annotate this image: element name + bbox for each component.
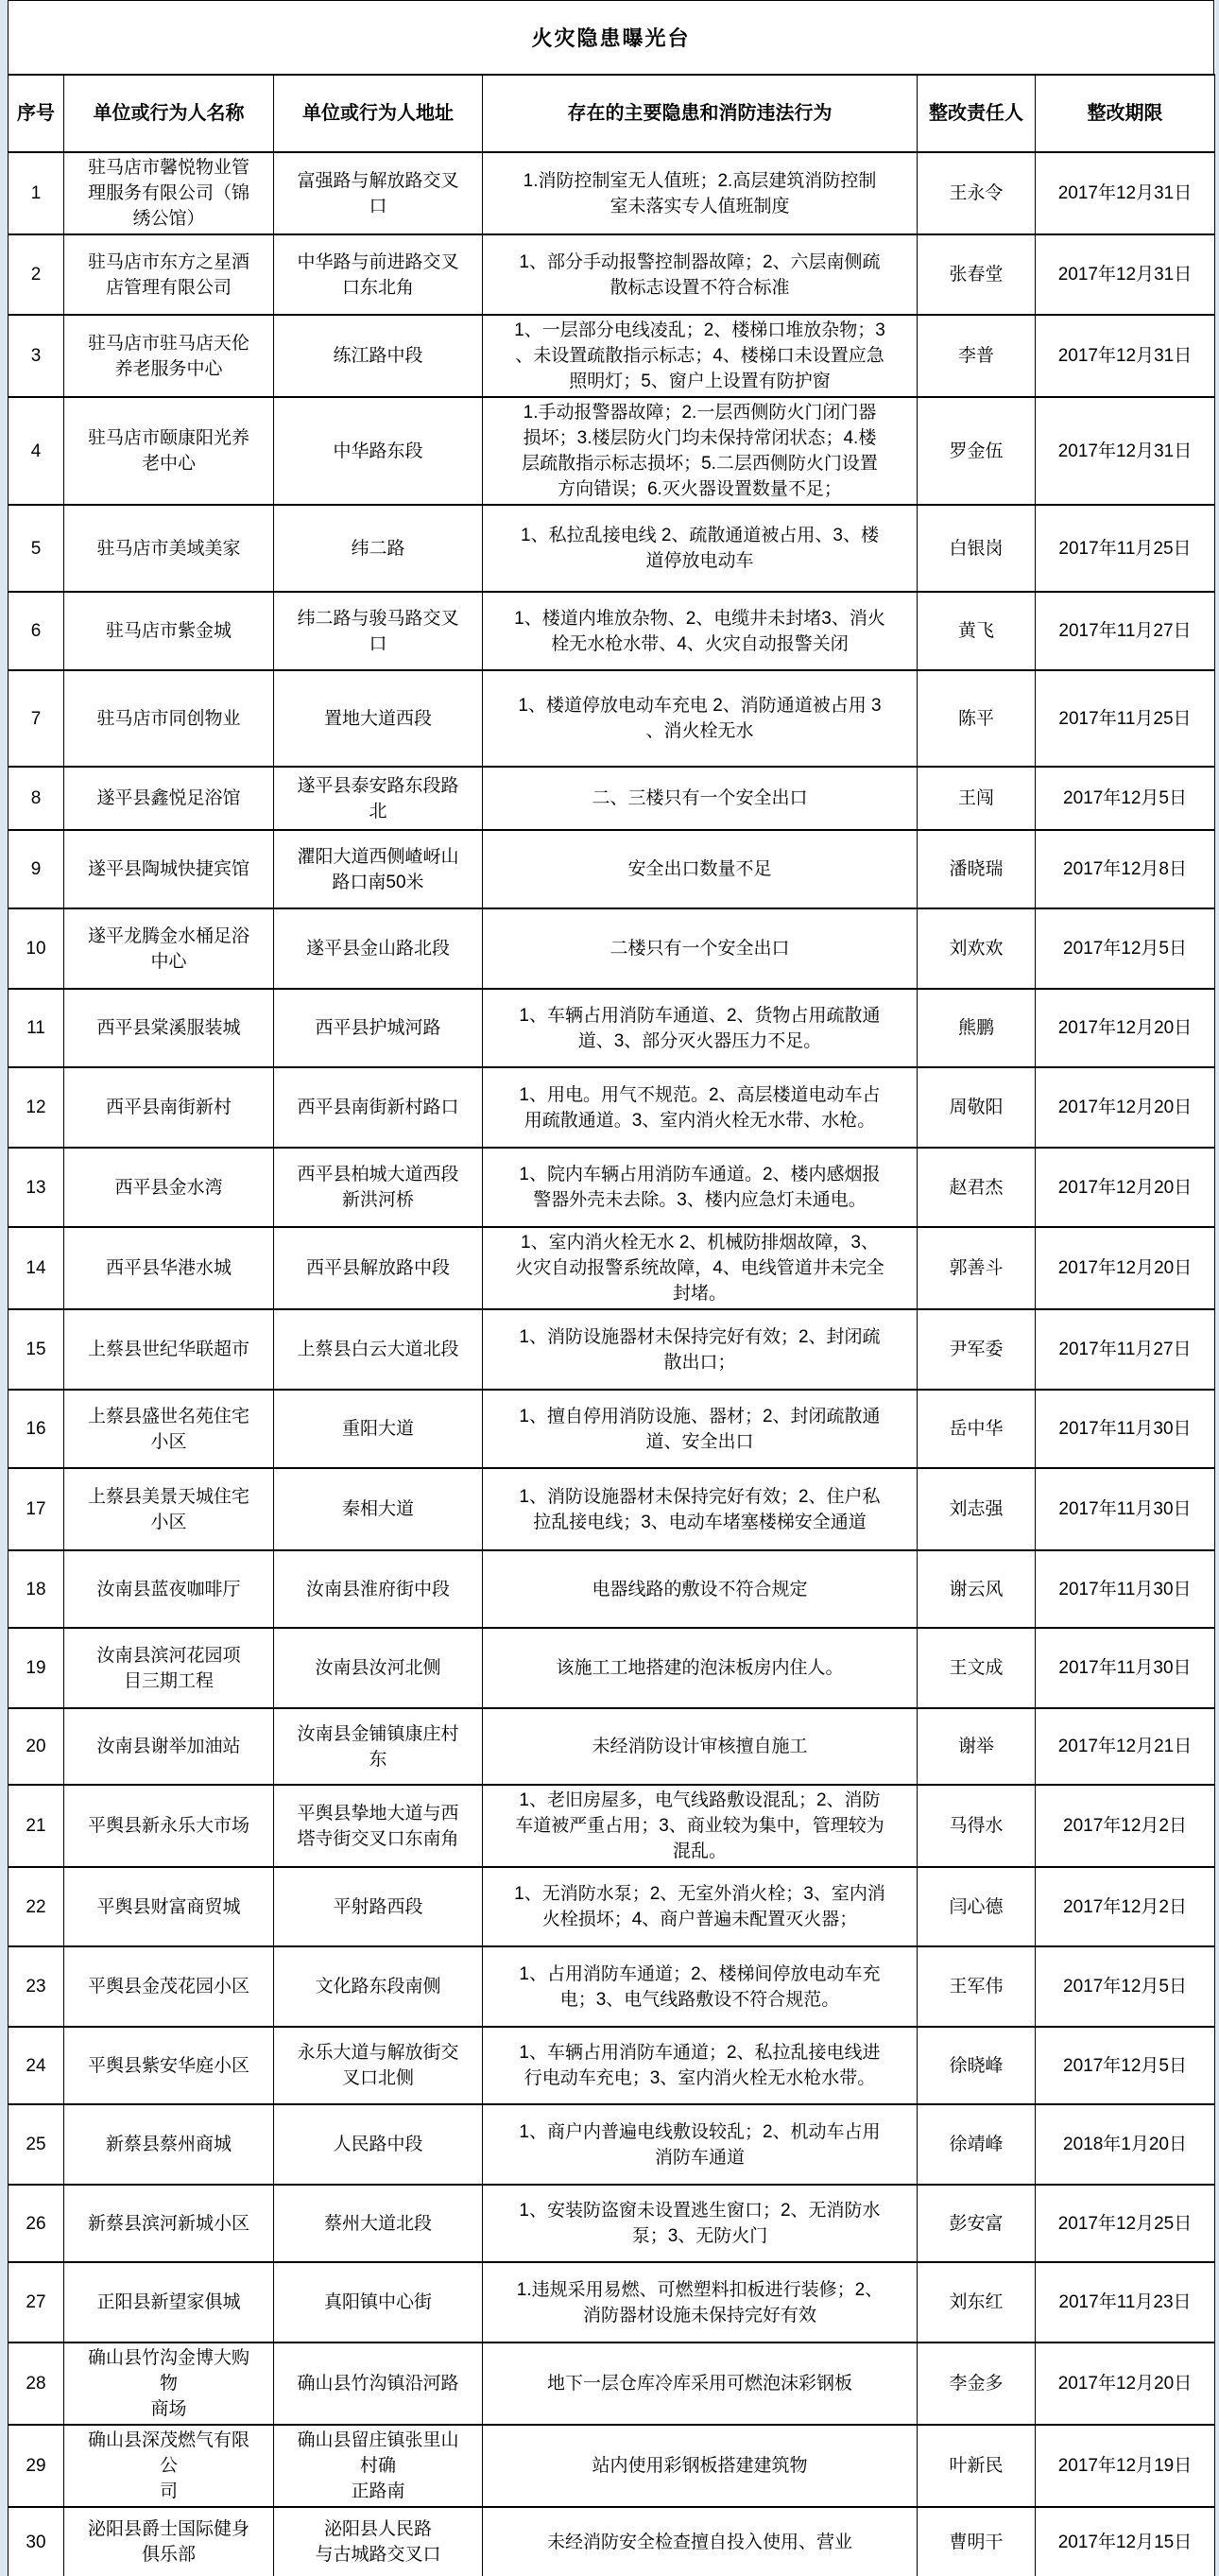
cell-hazards: 电器线路的敷设不符合规定 (483, 1550, 918, 1628)
table-row: 9 遂平县陶城快捷宾馆 灈阳大道西侧嵖岈山 路口南50米 安全出口数量不足 潘晓… (9, 830, 1215, 908)
cell-serial: 24 (9, 2027, 64, 2104)
cell-address: 重阳大道 (274, 1390, 483, 1468)
cell-address: 西平县解放路中段 (274, 1227, 483, 1309)
cell-hazards: 1、商户内普遍电线敷设较乱；2、机动车占用 消防车通道 (483, 2104, 918, 2185)
cell-person: 白银岗 (918, 505, 1036, 592)
column-header-serial: 序号 (9, 75, 64, 152)
cell-name: 汝南县滨河花园项 目三期工程 (64, 1628, 274, 1708)
cell-serial: 4 (9, 397, 64, 505)
table-row: 20 汝南县谢举加油站 汝南县金铺镇康庄村 东 未经消防设计审核擅自施工 谢举 … (9, 1708, 1215, 1785)
table-row: 1 驻马店市馨悦物业管 理服务有限公司（锦 绣公馆） 富强路与解放路交叉 口 1… (9, 152, 1215, 234)
cell-serial: 2 (9, 234, 64, 315)
cell-hazards: 1、消防设施器材未保持完好有效；2、封闭疏 散出口； (483, 1309, 918, 1390)
cell-deadline: 2017年11月25日 (1036, 670, 1215, 767)
cell-name: 上蔡县盛世名苑住宅 小区 (64, 1390, 274, 1468)
table-row: 22 平舆县财富商贸城 平射路西段 1、无消防水泵；2、无室外消火栓；3、室内消… (9, 1867, 1215, 1946)
cell-hazards: 1、车辆占用消防车通道、2、货物占用疏散通 道、3、部分灭火器压力不足。 (483, 989, 918, 1067)
cell-person: 李金多 (918, 2343, 1036, 2425)
cell-name: 确山县深茂燃气有限 公 司 (64, 2425, 274, 2507)
cell-serial: 14 (9, 1227, 64, 1309)
cell-deadline: 2017年11月30日 (1036, 1390, 1215, 1468)
cell-serial: 10 (9, 908, 64, 989)
cell-serial: 28 (9, 2343, 64, 2425)
cell-address: 西平县柏城大道西段 新洪河桥 (274, 1148, 483, 1227)
cell-serial: 21 (9, 1785, 64, 1867)
cell-serial: 12 (9, 1067, 64, 1148)
cell-deadline: 2017年12月5日 (1036, 767, 1215, 830)
cell-hazards: 1、私拉乱接电线 2、疏散通道被占用、3、楼 道停放电动车 (483, 505, 918, 592)
cell-hazards: 二楼只有一个安全出口 (483, 908, 918, 989)
cell-address: 蔡州大道北段 (274, 2185, 483, 2262)
table-row: 7 驻马店市同创物业 置地大道西段 1、楼道停放电动车充电 2、消防通道被占用 … (9, 670, 1215, 767)
cell-serial: 9 (9, 830, 64, 908)
cell-address: 真阳镇中心街 (274, 2262, 483, 2343)
cell-address: 西平县南街新村路口 (274, 1067, 483, 1148)
cell-serial: 5 (9, 505, 64, 592)
cell-person: 刘欢欢 (918, 908, 1036, 989)
cell-deadline: 2017年12月5日 (1036, 2027, 1215, 2104)
cell-person: 王闯 (918, 767, 1036, 830)
cell-address: 汝南县汝河北侧 (274, 1628, 483, 1708)
table-row: 12 西平县南街新村 西平县南街新村路口 1、用电。用气不规范。2、高层楼道电动… (9, 1067, 1215, 1148)
cell-hazards: 1、一层部分电线凌乱；2、楼梯口堆放杂物；3 、未设置疏散指示标志；4、楼梯口未… (483, 315, 918, 397)
cell-address: 泌阳县人民路 与古城路交叉口 (274, 2507, 483, 2576)
cell-address: 文化路东段南侧 (274, 1946, 483, 2027)
cell-deadline: 2017年11月27日 (1036, 592, 1215, 670)
cell-name: 遂平县陶城快捷宾馆 (64, 830, 274, 908)
cell-deadline: 2017年12月20日 (1036, 1067, 1215, 1148)
table-row: 23 平舆县金茂花园小区 文化路东段南侧 1、占用消防车通道；2、楼梯间停放电动… (9, 1946, 1215, 2027)
cell-hazards: 二、三楼只有一个安全出口 (483, 767, 918, 830)
cell-serial: 29 (9, 2425, 64, 2507)
cell-person: 王永令 (918, 152, 1036, 234)
cell-address: 人民路中段 (274, 2104, 483, 2185)
cell-name: 确山县竹沟金博大购 物 商场 (64, 2343, 274, 2425)
cell-hazards: 1.违规采用易燃、可燃塑料扣板进行装修；2、 消防器材设施未保持完好有效 (483, 2262, 918, 2343)
cell-person: 刘东红 (918, 2262, 1036, 2343)
cell-name: 平舆县新永乐大市场 (64, 1785, 274, 1867)
column-header-name: 单位或行为人名称 (64, 75, 274, 152)
column-header-person: 整改责任人 (918, 75, 1036, 152)
table-row: 3 驻马店市驻马店天伦 养老服务中心 练江路中段 1、一层部分电线凌乱；2、楼梯… (9, 315, 1215, 397)
cell-serial: 15 (9, 1309, 64, 1390)
table-body: 1 驻马店市馨悦物业管 理服务有限公司（锦 绣公馆） 富强路与解放路交叉 口 1… (9, 152, 1215, 2576)
cell-deadline: 2017年11月27日 (1036, 1309, 1215, 1390)
cell-address: 确山县竹沟镇沿河路 (274, 2343, 483, 2425)
cell-person: 黄飞 (918, 592, 1036, 670)
cell-hazards: 1.手动报警器故障；2.一层西侧防火门闭门器 损坏；3.楼层防火门均未保持常闭状… (483, 397, 918, 505)
table-row: 15 上蔡县世纪华联超市 上蔡县白云大道北段 1、消防设施器材未保持完好有效；2… (9, 1309, 1215, 1390)
cell-name: 正阳县新望家俱城 (64, 2262, 274, 2343)
cell-name: 平舆县紫安华庭小区 (64, 2027, 274, 2104)
cell-person: 熊鹏 (918, 989, 1036, 1067)
cell-hazards: 1、老旧房屋多，电气线路敷设混乱；2、消防 车道被严重占用；3、商业较为集中，管… (483, 1785, 918, 1867)
cell-name: 西平县金水湾 (64, 1148, 274, 1227)
cell-hazards: 1、车辆占用消防车通道；2、私拉乱接电线进 行电动车充电；3、室内消火栓无水枪水… (483, 2027, 918, 2104)
spreadsheet-area: 火灾隐患曝光台 序号 单位或行为人名称 单位或行为人地址 存在的主要隐患和消防违… (8, 0, 1215, 2576)
cell-person: 周敬阳 (918, 1067, 1036, 1148)
cell-address: 确山县留庄镇张里山 村确 正路南 (274, 2425, 483, 2507)
table-row: 10 遂平龙腾金水桶足浴 中心 遂平县金山路北段 二楼只有一个安全出口 刘欢欢 … (9, 908, 1215, 989)
cell-hazards: 1、占用消防车通道；2、楼梯间停放电动车充 电；3、电气线路敷设不符合规范。 (483, 1946, 918, 2027)
table-row: 16 上蔡县盛世名苑住宅 小区 重阳大道 1、擅自停用消防设施、器材；2、封闭疏… (9, 1390, 1215, 1468)
cell-hazards: 1、消防设施器材未保持完好有效；2、住户私 拉乱接电线；3、电动车堵塞楼梯安全通… (483, 1468, 918, 1550)
cell-person: 潘晓瑞 (918, 830, 1036, 908)
table-row: 21 平舆县新永乐大市场 平舆县挚地大道与西 塔寺街交叉口东南角 1、老旧房屋多… (9, 1785, 1215, 1867)
cell-deadline: 2017年11月30日 (1036, 1628, 1215, 1708)
fire-hazard-table: 序号 单位或行为人名称 单位或行为人地址 存在的主要隐患和消防违法行为 整改责任… (8, 74, 1215, 2576)
cell-name: 平舆县财富商贸城 (64, 1867, 274, 1946)
cell-serial: 1 (9, 152, 64, 234)
cell-person: 李普 (918, 315, 1036, 397)
cell-name: 西平县华港水城 (64, 1227, 274, 1309)
cell-name: 汝南县蓝夜咖啡厅 (64, 1550, 274, 1628)
cell-deadline: 2017年11月23日 (1036, 2262, 1215, 2343)
table-row: 28 确山县竹沟金博大购 物 商场 确山县竹沟镇沿河路 地下一层仓库冷库采用可燃… (9, 2343, 1215, 2425)
table-row: 19 汝南县滨河花园项 目三期工程 汝南县汝河北侧 该施工工地搭建的泡沫板房内住… (9, 1628, 1215, 1708)
cell-name: 西平县棠溪服装城 (64, 989, 274, 1067)
page: { "title": "火灾隐患曝光台", "columns": ["序号", … (0, 0, 1219, 2552)
table-row: 13 西平县金水湾 西平县柏城大道西段 新洪河桥 1、院内车辆占用消防车通道。2… (9, 1148, 1215, 1227)
page-title: 火灾隐患曝光台 (8, 0, 1214, 74)
cell-name: 遂平龙腾金水桶足浴 中心 (64, 908, 274, 989)
cell-address: 遂平县金山路北段 (274, 908, 483, 989)
cell-person: 徐靖峰 (918, 2104, 1036, 2185)
cell-deadline: 2017年12月21日 (1036, 1708, 1215, 1785)
cell-serial: 6 (9, 592, 64, 670)
cell-serial: 30 (9, 2507, 64, 2576)
cell-deadline: 2017年12月31日 (1036, 397, 1215, 505)
cell-hazards: 该施工工地搭建的泡沫板房内住人。 (483, 1628, 918, 1708)
cell-serial: 23 (9, 1946, 64, 2027)
cell-person: 陈平 (918, 670, 1036, 767)
cell-hazards: 1、院内车辆占用消防车通道。2、楼内感烟报 警器外壳未去除。3、楼内应急灯未通电… (483, 1148, 918, 1227)
cell-hazards: 1、安装防盗窗未设置逃生窗口；2、无消防水 泵；3、无防火门 (483, 2185, 918, 2262)
cell-name: 新蔡县滨河新城小区 (64, 2185, 274, 2262)
cell-deadline: 2017年12月20日 (1036, 989, 1215, 1067)
cell-person: 张春堂 (918, 234, 1036, 315)
table-row: 6 驻马店市紫金城 纬二路与骏马路交叉 口 1、楼道内堆放杂物、2、电缆井未封堵… (9, 592, 1215, 670)
cell-serial: 18 (9, 1550, 64, 1628)
cell-address: 西平县护城河路 (274, 989, 483, 1067)
cell-deadline: 2017年11月30日 (1036, 1550, 1215, 1628)
table-row: 25 新蔡县蔡州商城 人民路中段 1、商户内普遍电线敷设较乱；2、机动车占用 消… (9, 2104, 1215, 2185)
table-row: 5 驻马店市美域美家 纬二路 1、私拉乱接电线 2、疏散通道被占用、3、楼 道停… (9, 505, 1215, 592)
cell-person: 尹军委 (918, 1309, 1036, 1390)
table-row: 4 驻马店市颐康阳光养 老中心 中华路东段 1.手动报警器故障；2.一层西侧防火… (9, 397, 1215, 505)
column-header-deadline: 整改期限 (1036, 75, 1215, 152)
cell-address: 遂平县泰安路东段路 北 (274, 767, 483, 830)
cell-address: 平舆县挚地大道与西 塔寺街交叉口东南角 (274, 1785, 483, 1867)
cell-address: 练江路中段 (274, 315, 483, 397)
cell-deadline: 2017年12月25日 (1036, 2185, 1215, 2262)
cell-hazards: 站内使用彩钢板搭建建筑物 (483, 2425, 918, 2507)
cell-hazards: 1.消防控制室无人值班；2.高层建筑消防控制 室未落实专人值班制度 (483, 152, 918, 234)
cell-hazards: 1、用电。用气不规范。2、高层楼道电动车占 用疏散通道。3、室内消火栓无水带、水… (483, 1067, 918, 1148)
cell-address: 纬二路与骏马路交叉 口 (274, 592, 483, 670)
cell-deadline: 2017年12月19日 (1036, 2425, 1215, 2507)
cell-deadline: 2017年12月31日 (1036, 234, 1215, 315)
cell-serial: 11 (9, 989, 64, 1067)
cell-name: 新蔡县蔡州商城 (64, 2104, 274, 2185)
cell-person: 马得水 (918, 1785, 1036, 1867)
cell-name: 驻马店市美域美家 (64, 505, 274, 592)
cell-address: 上蔡县白云大道北段 (274, 1309, 483, 1390)
table-row: 8 遂平县鑫悦足浴馆 遂平县泰安路东段路 北 二、三楼只有一个安全出口 王闯 2… (9, 767, 1215, 830)
table-row: 11 西平县棠溪服装城 西平县护城河路 1、车辆占用消防车通道、2、货物占用疏散… (9, 989, 1215, 1067)
cell-person: 谢举 (918, 1708, 1036, 1785)
cell-address: 中华路与前进路交叉 口东北角 (274, 234, 483, 315)
cell-serial: 8 (9, 767, 64, 830)
cell-name: 汝南县谢举加油站 (64, 1708, 274, 1785)
cell-person: 彭安富 (918, 2185, 1036, 2262)
table-row: 24 平舆县紫安华庭小区 永乐大道与解放街交 叉口北侧 1、车辆占用消防车通道；… (9, 2027, 1215, 2104)
cell-person: 刘志强 (918, 1468, 1036, 1550)
table-header: 序号 单位或行为人名称 单位或行为人地址 存在的主要隐患和消防违法行为 整改责任… (9, 75, 1215, 152)
cell-address: 置地大道西段 (274, 670, 483, 767)
cell-deadline: 2017年12月5日 (1036, 908, 1215, 989)
cell-name: 泌阳县爵士国际健身 俱乐部 (64, 2507, 274, 2576)
table-row: 2 驻马店市东方之星酒 店管理有限公司 中华路与前进路交叉 口东北角 1、部分手… (9, 234, 1215, 315)
cell-name: 上蔡县世纪华联超市 (64, 1309, 274, 1390)
cell-serial: 25 (9, 2104, 64, 2185)
cell-person: 徐晓峰 (918, 2027, 1036, 2104)
cell-name: 驻马店市驻马店天伦 养老服务中心 (64, 315, 274, 397)
cell-serial: 17 (9, 1468, 64, 1550)
cell-serial: 3 (9, 315, 64, 397)
cell-name: 驻马店市馨悦物业管 理服务有限公司（锦 绣公馆） (64, 152, 274, 234)
cell-deadline: 2017年12月2日 (1036, 1867, 1215, 1946)
cell-name: 上蔡县美景天城住宅 小区 (64, 1468, 274, 1550)
cell-serial: 20 (9, 1708, 64, 1785)
table-row: 14 西平县华港水城 西平县解放路中段 1、室内消火栓无水 2、机械防排烟故障，… (9, 1227, 1215, 1309)
cell-deadline: 2018年1月20日 (1036, 2104, 1215, 2185)
cell-person: 曹明干 (918, 2507, 1036, 2576)
table-row: 30 泌阳县爵士国际健身 俱乐部 泌阳县人民路 与古城路交叉口 未经消防安全检查… (9, 2507, 1215, 2576)
column-header-hazards: 存在的主要隐患和消防违法行为 (483, 75, 918, 152)
cell-address: 汝南县淮府街中段 (274, 1550, 483, 1628)
cell-hazards: 安全出口数量不足 (483, 830, 918, 908)
cell-name: 驻马店市同创物业 (64, 670, 274, 767)
cell-hazards: 未经消防安全检查擅自投入使用、营业 (483, 2507, 918, 2576)
cell-person: 王文成 (918, 1628, 1036, 1708)
cell-name: 驻马店市东方之星酒 店管理有限公司 (64, 234, 274, 315)
cell-hazards: 1、室内消火栓无水 2、机械防排烟故障，3、 火灾自动报警系统故障，4、电线管道… (483, 1227, 918, 1309)
cell-address: 汝南县金铺镇康庄村 东 (274, 1708, 483, 1785)
cell-deadline: 2017年12月15日 (1036, 2507, 1215, 2576)
cell-serial: 19 (9, 1628, 64, 1708)
cell-name: 西平县南街新村 (64, 1067, 274, 1148)
cell-serial: 13 (9, 1148, 64, 1227)
header-row: 序号 单位或行为人名称 单位或行为人地址 存在的主要隐患和消防违法行为 整改责任… (9, 75, 1215, 152)
table-row: 17 上蔡县美景天城住宅 小区 秦相大道 1、消防设施器材未保持完好有效；2、住… (9, 1468, 1215, 1550)
cell-address: 中华路东段 (274, 397, 483, 505)
cell-person: 闫心德 (918, 1867, 1036, 1946)
cell-person: 叶新民 (918, 2425, 1036, 2507)
cell-address: 纬二路 (274, 505, 483, 592)
cell-address: 秦相大道 (274, 1468, 483, 1550)
cell-deadline: 2017年12月20日 (1036, 1148, 1215, 1227)
cell-hazards: 1、擅自停用消防设施、器材；2、封闭疏散通 道、安全出口 (483, 1390, 918, 1468)
cell-name: 遂平县鑫悦足浴馆 (64, 767, 274, 830)
cell-address: 平射路西段 (274, 1867, 483, 1946)
cell-person: 赵君杰 (918, 1148, 1036, 1227)
table-row: 27 正阳县新望家俱城 真阳镇中心街 1.违规采用易燃、可燃塑料扣板进行装修；2… (9, 2262, 1215, 2343)
cell-deadline: 2017年12月31日 (1036, 152, 1215, 234)
cell-deadline: 2017年12月20日 (1036, 1227, 1215, 1309)
cell-deadline: 2017年12月2日 (1036, 1785, 1215, 1867)
cell-address: 灈阳大道西侧嵖岈山 路口南50米 (274, 830, 483, 908)
cell-serial: 16 (9, 1390, 64, 1468)
cell-name: 平舆县金茂花园小区 (64, 1946, 274, 2027)
table-row: 29 确山县深茂燃气有限 公 司 确山县留庄镇张里山 村确 正路南 站内使用彩钢… (9, 2425, 1215, 2507)
cell-serial: 22 (9, 1867, 64, 1946)
cell-person: 岳中华 (918, 1390, 1036, 1468)
cell-person: 郭善斗 (918, 1227, 1036, 1309)
cell-hazards: 1、楼道停放电动车充电 2、消防通道被占用 3 、消火栓无水 (483, 670, 918, 767)
cell-hazards: 未经消防设计审核擅自施工 (483, 1708, 918, 1785)
table-row: 18 汝南县蓝夜咖啡厅 汝南县淮府街中段 电器线路的敷设不符合规定 谢云风 20… (9, 1550, 1215, 1628)
table-row: 26 新蔡县滨河新城小区 蔡州大道北段 1、安装防盗窗未设置逃生窗口；2、无消防… (9, 2185, 1215, 2262)
cell-hazards: 1、无消防水泵；2、无室外消火栓；3、室内消 火栓损坏；4、商户普遍未配置灭火器… (483, 1867, 918, 1946)
cell-person: 罗金伍 (918, 397, 1036, 505)
cell-deadline: 2017年11月30日 (1036, 1468, 1215, 1550)
cell-deadline: 2017年11月25日 (1036, 505, 1215, 592)
cell-name: 驻马店市紫金城 (64, 592, 274, 670)
cell-deadline: 2017年12月8日 (1036, 830, 1215, 908)
cell-deadline: 2017年12月5日 (1036, 1946, 1215, 2027)
cell-name: 驻马店市颐康阳光养 老中心 (64, 397, 274, 505)
cell-address: 永乐大道与解放街交 叉口北侧 (274, 2027, 483, 2104)
cell-serial: 7 (9, 670, 64, 767)
cell-serial: 27 (9, 2262, 64, 2343)
cell-serial: 26 (9, 2185, 64, 2262)
cell-person: 王军伟 (918, 1946, 1036, 2027)
cell-deadline: 2017年12月20日 (1036, 2343, 1215, 2425)
cell-deadline: 2017年12月31日 (1036, 315, 1215, 397)
cell-hazards: 1、部分手动报警控制器故障；2、六层南侧疏 散标志设置不符合标准 (483, 234, 918, 315)
cell-hazards: 地下一层仓库冷库采用可燃泡沫彩钢板 (483, 2343, 918, 2425)
cell-person: 谢云风 (918, 1550, 1036, 1628)
column-header-address: 单位或行为人地址 (274, 75, 483, 152)
cell-hazards: 1、楼道内堆放杂物、2、电缆井未封堵3、消火 栓无水枪水带、4、火灾自动报警关闭 (483, 592, 918, 670)
cell-address: 富强路与解放路交叉 口 (274, 152, 483, 234)
